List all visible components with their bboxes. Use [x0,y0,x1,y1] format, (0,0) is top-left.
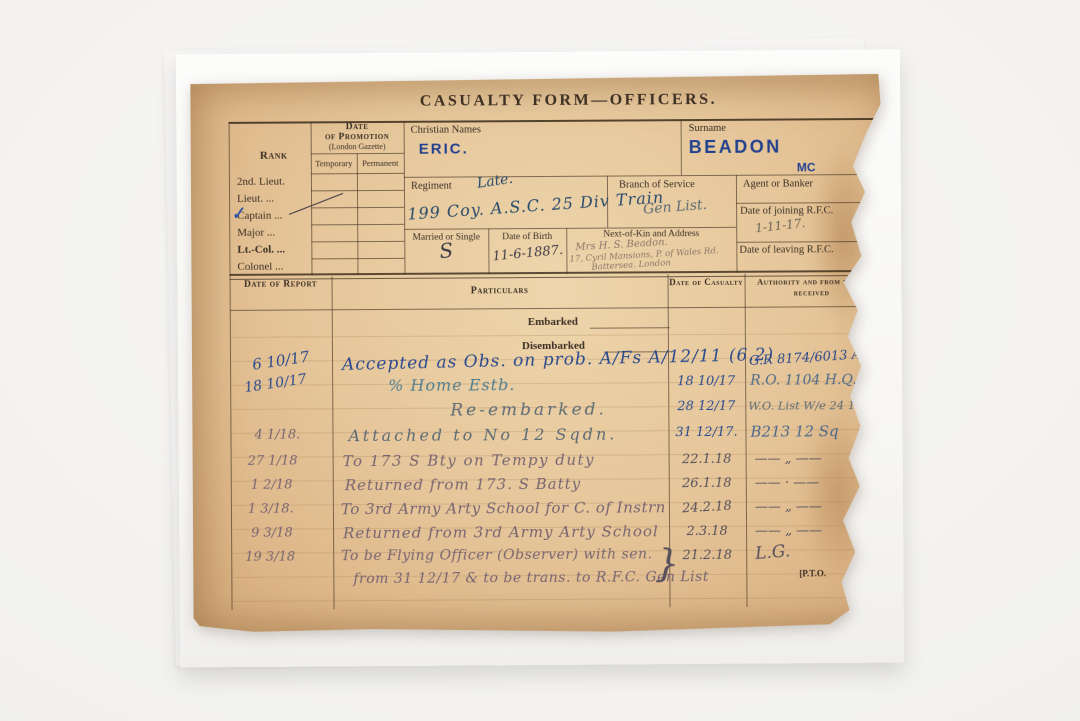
entry-casualty: 26.1.18 [669,476,745,491]
christian-names-label: Christian Names [411,124,481,135]
entry-casualty: 22.1.18 [669,452,745,467]
entry-report: 9 3/18 [251,526,293,541]
date-of-birth-label: Date of Birth [490,232,564,242]
pen-stroke [289,193,343,215]
entry-particulars: To 173 S Bty on Tempy duty [343,451,595,471]
col-date-of-casualty: Date of Casualty [669,277,744,289]
entry-authority: R.O. 1104 H.Q. [750,372,857,389]
entry-particulars: Re-embarked. [450,400,607,421]
entry-casualty: 21.2.18 [669,548,745,563]
branch-of-service-label: Branch of Service [619,179,695,190]
regiment-value: 199 Coy. A.S.C. 25 Div Train [407,187,665,223]
pto-label: [P.T.O. [799,568,826,578]
regiment-label: Regiment [411,181,452,192]
entry-casualty: 18 10/17 [668,374,744,389]
branch-of-service-value: Gen List. [643,197,708,218]
married-or-single-value: S [438,238,454,263]
entry-authority: L.G. [754,541,790,564]
entry-particulars: % Home Estb. [388,375,515,395]
entry-particulars: Attached to No 12 Sqdn. [348,425,617,446]
entry-report: 27 1/18 [248,453,298,468]
promotion-header-2: of Promotion [312,132,403,143]
col-permanent: Permanent [357,158,404,168]
surname-value: BEADON [689,137,782,159]
entry-particulars: To be Flying Officer (Observer) with sen… [341,546,652,564]
surname-label: Surname [689,123,726,134]
entry-report: 18 10/17 [243,371,307,396]
entry-authority-ditto: —— · —— [755,475,819,490]
promotion-header-3: (London Gazette) [312,142,403,152]
entry-particulars: Returned from 173. S Batty [345,475,581,494]
entry-casualty: 2.3.18 [669,524,745,539]
joining-rfc-label: Date of joining R.F.C. [740,205,833,217]
entry-authority: W.O. List W/e 24 12/17. [748,398,884,413]
entry-particulars: Accepted as Obs. on prob. A/Fs A/12/11 (… [342,345,775,375]
captain-check-mark: ✓ [230,203,247,224]
rank-lt-col: Lt.-Col. ... [237,244,285,256]
rank-colonel: Colonel ... [237,261,283,273]
entry-report: 1 2/18 [251,478,293,493]
joining-rfc-value: 1-11-17. [755,216,806,235]
form-title: CASUALTY FORM—OFFICERS. [403,91,733,111]
col-authority: Authority and from whom received [747,276,877,299]
entry-particulars: Returned from 3rd Army Arty School [343,522,659,542]
entry-particulars: To 3rd Army Arty School for C. of Instrn [341,498,666,518]
entry-casualty: 31 12/17. [668,425,744,440]
rank-2nd-lieut: 2nd. Lieut. [237,176,285,188]
document-wrap: CASUALTY FORM—OFFICERS. [190,74,893,638]
paper-stain [799,110,889,363]
entry-casualty: 28 12/17 [668,399,744,414]
entry-authority-ditto: —— „ —— [755,451,822,466]
casualty-form-document: CASUALTY FORM—OFFICERS. [190,74,893,636]
entry-authority: B213 12 Sq [750,422,838,441]
christian-names-value: ERIC. [419,140,469,157]
promotion-header: Date [312,122,403,133]
entry-authority-ditto: —— „ —— [755,499,822,514]
leaving-rfc-label: Date of leaving R.F.C. [739,244,833,256]
col-date-of-report: Date of Report [240,279,322,291]
col-particulars: Particulars [332,284,668,297]
entry-report: 6 10/17 [251,348,311,374]
surname-note: MC [797,160,816,174]
photo-background: CASUALTY FORM—OFFICERS. [0,0,1080,721]
col-temporary: Temporary [311,158,357,168]
embarked-label: Embarked [528,316,578,328]
rank-major: Major ... [237,227,275,239]
entry-report: 1 3/18. [248,502,294,517]
embarked-rule [590,327,670,328]
entry-report: 4 1/18. [254,427,300,442]
agent-or-banker-label: Agent or Banker [743,178,813,189]
rank-header: Rank [239,149,309,161]
entry-casualty: 24.2.18 [669,498,746,517]
entry-authority-ditto: —— „ —— [755,523,822,538]
entry-report: 19 3/18 [245,550,295,565]
regiment-note: Late. [476,171,514,192]
date-of-birth-value: 11-6-1887. [492,243,564,265]
